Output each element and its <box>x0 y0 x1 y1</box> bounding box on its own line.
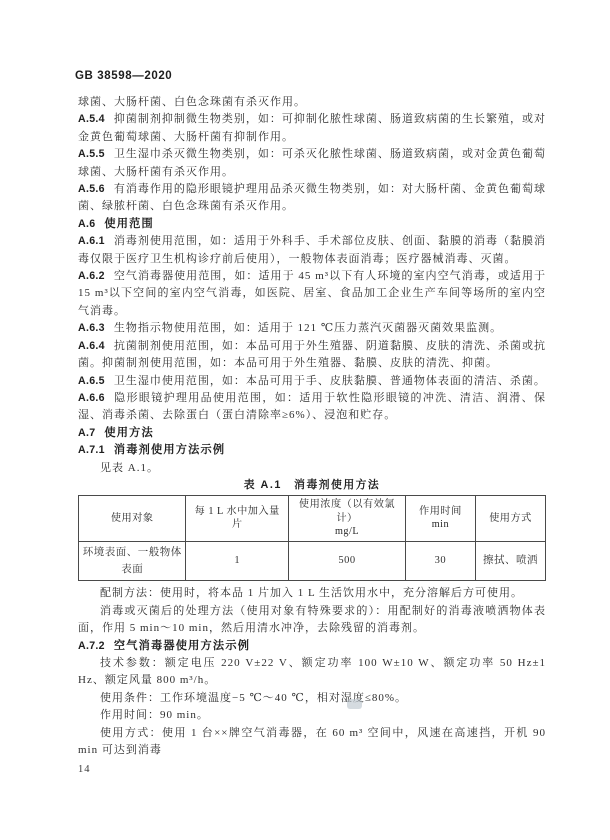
col-header-concentration: 使用浓度（以有效氯计）mg/L <box>289 496 406 541</box>
table-caption: 表 A.1 消毒剂使用方法 <box>78 477 546 494</box>
col-header-target: 使用对象 <box>79 496 186 541</box>
cell-method: 擦拭、喷洒 <box>475 541 545 581</box>
col-header-method: 使用方式 <box>475 496 545 541</box>
paragraph-continuation: 球菌、大肠杆菌、白色念珠菌有杀灭作用。 <box>78 94 546 111</box>
table-a1: 使用对象 每 1 L 水中加入量片 使用浓度（以有效氯计）mg/L 作用时间mi… <box>78 495 546 581</box>
paragraph-post-treatment: 消毒或灭菌后的处理方法（使用对象有特殊要求的）：用配制好的消毒液喷洒物体表面，作… <box>78 603 546 638</box>
section-heading-a7-1: A.7.1消毒剂使用方法示例 <box>78 442 546 459</box>
clause-number: A.5.4 <box>78 113 105 125</box>
clause-text: 抑菌制剂抑制微生物类别，如：可抑制化脓性球菌、肠道致病菌的生长繁殖，或对金黄色葡… <box>78 113 546 142</box>
section-number: A.6 <box>78 218 95 230</box>
clause-text: 卫生湿巾使用范围，如：本品可用于手、皮肤黏膜、普通物体表面的清洁、杀菌。 <box>114 375 546 387</box>
table-row: 环境表面、一般物体表面 1 500 30 擦拭、喷洒 <box>79 541 546 581</box>
standard-number: GB 38598—2020 <box>75 70 172 82</box>
section-title: 使用方法 <box>104 427 154 439</box>
section-heading-a7-2: A.7.2空气消毒器使用方法示例 <box>78 638 546 655</box>
clause-number: A.5.6 <box>78 183 105 195</box>
clause-number: A.6.2 <box>78 270 105 282</box>
section-title: 使用范围 <box>104 218 154 230</box>
col-header-amount: 每 1 L 水中加入量片 <box>186 496 289 541</box>
clause-text: 隐形眼镜护理用品使用范围，如：适用于软性隐形眼镜的冲洗、清洁、润滑、保湿、消毒杀… <box>78 392 546 421</box>
clause-a6-6: A.6.6隐形眼镜护理用品使用范围，如：适用于软性隐形眼镜的冲洗、清洁、润滑、保… <box>78 390 546 425</box>
paragraph-preparation: 配制方法：使用时，将本品 1 片加入 1 L 生活饮用水中，充分溶解后方可使用。 <box>78 585 546 602</box>
clause-number: A.6.1 <box>78 235 105 247</box>
section-number: A.7.2 <box>78 640 105 652</box>
clause-number: A.6.3 <box>78 322 105 334</box>
clause-text: 消毒剂使用范围，如：适用于外科手、手术部位皮肤、创面、黏膜的消毒（黏膜消毒仅限于… <box>78 235 546 264</box>
clause-a5-5: A.5.5卫生湿巾杀灭微生物类别，如：可杀灭化脓性球菌、肠道致病菌，或对金黄色葡… <box>78 146 546 181</box>
paragraph-tech-params: 技术参数：额定电压 220 V±22 V、额定功率 100 W±10 W、额定功… <box>78 655 546 690</box>
clause-text: 生物指示物使用范围，如：适用于 121 ℃压力蒸汽灭菌器灭菌效果监测。 <box>114 322 502 334</box>
paragraph-usage: 使用方式：使用 1 台××牌空气消毒器，在 60 m³ 空间中，风速在高速挡，开… <box>78 725 546 760</box>
paragraph-conditions: 使用条件：工作环境温度−5 ℃～40 ℃，相对湿度≤80%。 <box>78 690 546 707</box>
clause-number: A.5.5 <box>78 148 105 160</box>
document-page: GB 38598—2020 球菌、大肠杆菌、白色念珠菌有杀灭作用。 A.5.4抑… <box>0 0 610 840</box>
clause-text: 卫生湿巾杀灭微生物类别，如：可杀灭化脓性球菌、肠道致病菌，或对金黄色葡萄球菌、大… <box>78 148 546 177</box>
table-header-row: 使用对象 每 1 L 水中加入量片 使用浓度（以有效氯计）mg/L 作用时间mi… <box>79 496 546 541</box>
page-number: 14 <box>78 764 91 775</box>
clause-a6-5: A.6.5卫生湿巾使用范围，如：本品可用于手、皮肤黏膜、普通物体表面的清洁、杀菌… <box>78 373 546 390</box>
clause-text: 抗菌制剂使用范围，如：本品可用于外生殖器、阴道黏膜、皮肤的清洗、杀菌或抗菌。抑菌… <box>78 340 546 369</box>
section-number: A.7.1 <box>78 444 105 456</box>
section-heading-a7: A.7使用方法 <box>78 425 546 442</box>
clause-a5-6: A.5.6有消毒作用的隐形眼镜护理用品杀灭微生物类别，如：对大肠杆菌、金黄色葡萄… <box>78 181 546 216</box>
paragraph-duration: 作用时间：90 min。 <box>78 707 546 724</box>
clause-text: 空气消毒器使用范围，如：适用于 45 m³以下有人环境的室内空气消毒，或适用于 … <box>78 270 546 317</box>
section-heading-a6: A.6使用范围 <box>78 216 546 233</box>
clause-text: 有消毒作用的隐形眼镜护理用品杀灭微生物类别，如：对大肠杆菌、金黄色葡萄球菌、绿脓… <box>78 183 546 212</box>
clause-number: A.6.5 <box>78 375 105 387</box>
section-number: A.7 <box>78 427 95 439</box>
clause-a6-2: A.6.2空气消毒器使用范围，如：适用于 45 m³以下有人环境的室内空气消毒，… <box>78 268 546 320</box>
clause-a6-1: A.6.1消毒剂使用范围，如：适用于外科手、手术部位皮肤、创面、黏膜的消毒（黏膜… <box>78 233 546 268</box>
col-header-time: 作用时间min <box>405 496 475 541</box>
section-title: 空气消毒器使用方法示例 <box>114 640 250 652</box>
cell-concentration: 500 <box>289 541 406 581</box>
page-body: 球菌、大肠杆菌、白色念珠菌有杀灭作用。 A.5.4抑菌制剂抑制微生物类别，如：可… <box>78 94 546 759</box>
scan-artifact <box>347 699 362 709</box>
clause-a6-4: A.6.4抗菌制剂使用范围，如：本品可用于外生殖器、阴道黏膜、皮肤的清洗、杀菌或… <box>78 338 546 373</box>
paragraph-see-table: 见表 A.1。 <box>78 460 546 477</box>
clause-a6-3: A.6.3生物指示物使用范围，如：适用于 121 ℃压力蒸汽灭菌器灭菌效果监测。 <box>78 320 546 337</box>
section-title: 消毒剂使用方法示例 <box>114 444 226 456</box>
cell-target: 环境表面、一般物体表面 <box>79 541 186 581</box>
clause-a5-4: A.5.4抑菌制剂抑制微生物类别，如：可抑制化脓性球菌、肠道致病菌的生长繁殖，或… <box>78 111 546 146</box>
cell-time: 30 <box>405 541 475 581</box>
clause-number: A.6.6 <box>78 392 105 404</box>
clause-number: A.6.4 <box>78 340 105 352</box>
cell-amount: 1 <box>186 541 289 581</box>
